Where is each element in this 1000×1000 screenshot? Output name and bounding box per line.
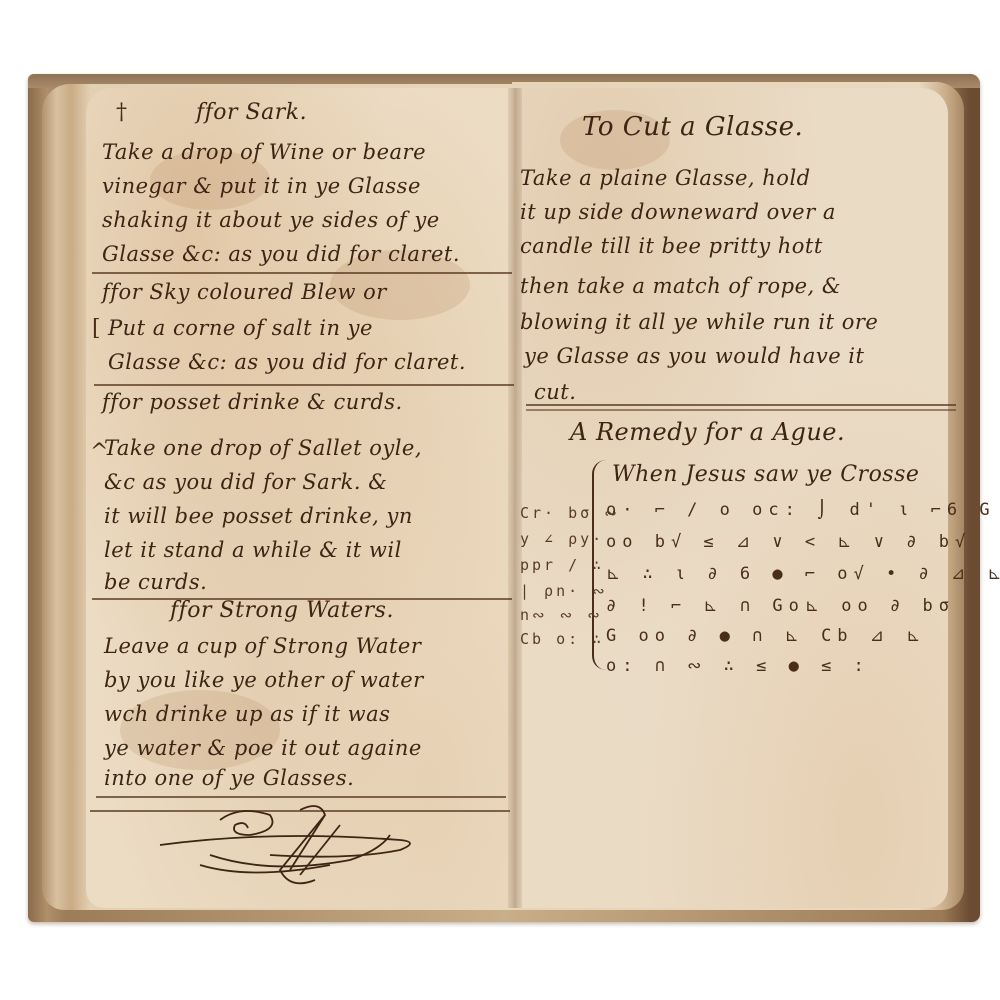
heading-to-cut-a-glasse: To Cut a Glasse. [582,112,803,142]
text-line: ye Glasse as you would have it [524,344,864,368]
text-line: be curds. [104,570,207,594]
text-line: Take a drop of Wine or beare [102,140,426,164]
cipher-line: o· ⌐ / o oc: ⌡ d' ι ⌐6 G [606,500,996,520]
text-line: wch drinke up as if it was [104,702,390,726]
margin-cipher-line: n∾ ∾ ∾ [520,606,603,624]
margin-cipher-line: Cr· bσ ∾ [520,504,620,522]
text-line: vinegar & put it in ye Glasse [102,174,421,198]
cipher-line: G oo ∂ ● ∩ ⊾ Cb ⊿ ⊾ [606,626,927,646]
text-line: Take one drop of Sallet oyle, [104,436,422,460]
section-divider [526,404,956,406]
text-line: cut. [534,380,576,404]
text-line: blowing it all ye while run it ore [520,310,878,334]
heading-posset-drinke: ffor posset drinke & curds. [102,390,403,414]
text-line: Put a corne of salt in ye [108,316,373,340]
text-line: Leave a cup of Strong Water [104,634,421,658]
text-line: Glasse &c: as you did for claret. [108,350,466,374]
heading-sky-coloured: ffor Sky coloured Blew or [102,280,387,304]
text-line: Glasse &c: as you did for claret. [102,242,460,266]
text-line: candle till it bee pritty hott [520,234,823,258]
section-divider [92,272,512,274]
text-line: shaking it about ye sides of ye [102,208,440,232]
margin-cipher-line: Cb o: ∴ [520,630,604,648]
margin-cipher-line: y ∠ ρy· [520,530,604,548]
text-line: it up side downeward over a [520,200,836,224]
text-line: When Jesus saw ye Crosse [612,462,919,487]
text-line: ye water & poe it out againe [104,736,422,760]
calligraphic-flourish-icon [150,800,430,900]
cipher-line: o: ∩ ∾ ∴ ≤ ● ≤ : [606,656,870,676]
text-line: Take a plaine Glasse, hold [520,166,811,190]
section-divider [94,384,514,386]
text-line: then take a match of rope, & [520,274,841,298]
margin-cipher-line: | ρn· ∾ [520,582,608,600]
margin-mark: [ [92,316,101,341]
margin-cipher-line: ppr / ∴ [520,556,604,574]
heading-remedy-for-ague: A Remedy for a Ague. [570,418,845,446]
cipher-line: ∂ ! ⌐ ⊾ ∩ Go⊾ oo ∂ bσ [606,596,955,616]
cipher-line: ⊾ ∴ ι ∂ 6 ● ⌐ o√ • ∂ ⊿ ⊾ [606,564,1000,584]
cipher-line: oo b√ ≤ ⊿ ∨ < ⊾ ∨ ∂ b√ [606,532,971,552]
text-line: &c as you did for Sark. & [104,470,387,494]
text-line: it will bee posset drinke, yn [104,504,413,528]
text-line: let it stand a while & it wil [104,538,402,562]
text-line: into one of ye Glasses. [104,766,354,790]
text-line: by you like ye other of water [104,668,424,692]
heading-strong-waters: ffor Strong Waters. [170,598,394,623]
margin-mark: † [116,100,127,125]
heading-sark: ffor Sark. [196,100,307,125]
section-divider [96,796,506,798]
